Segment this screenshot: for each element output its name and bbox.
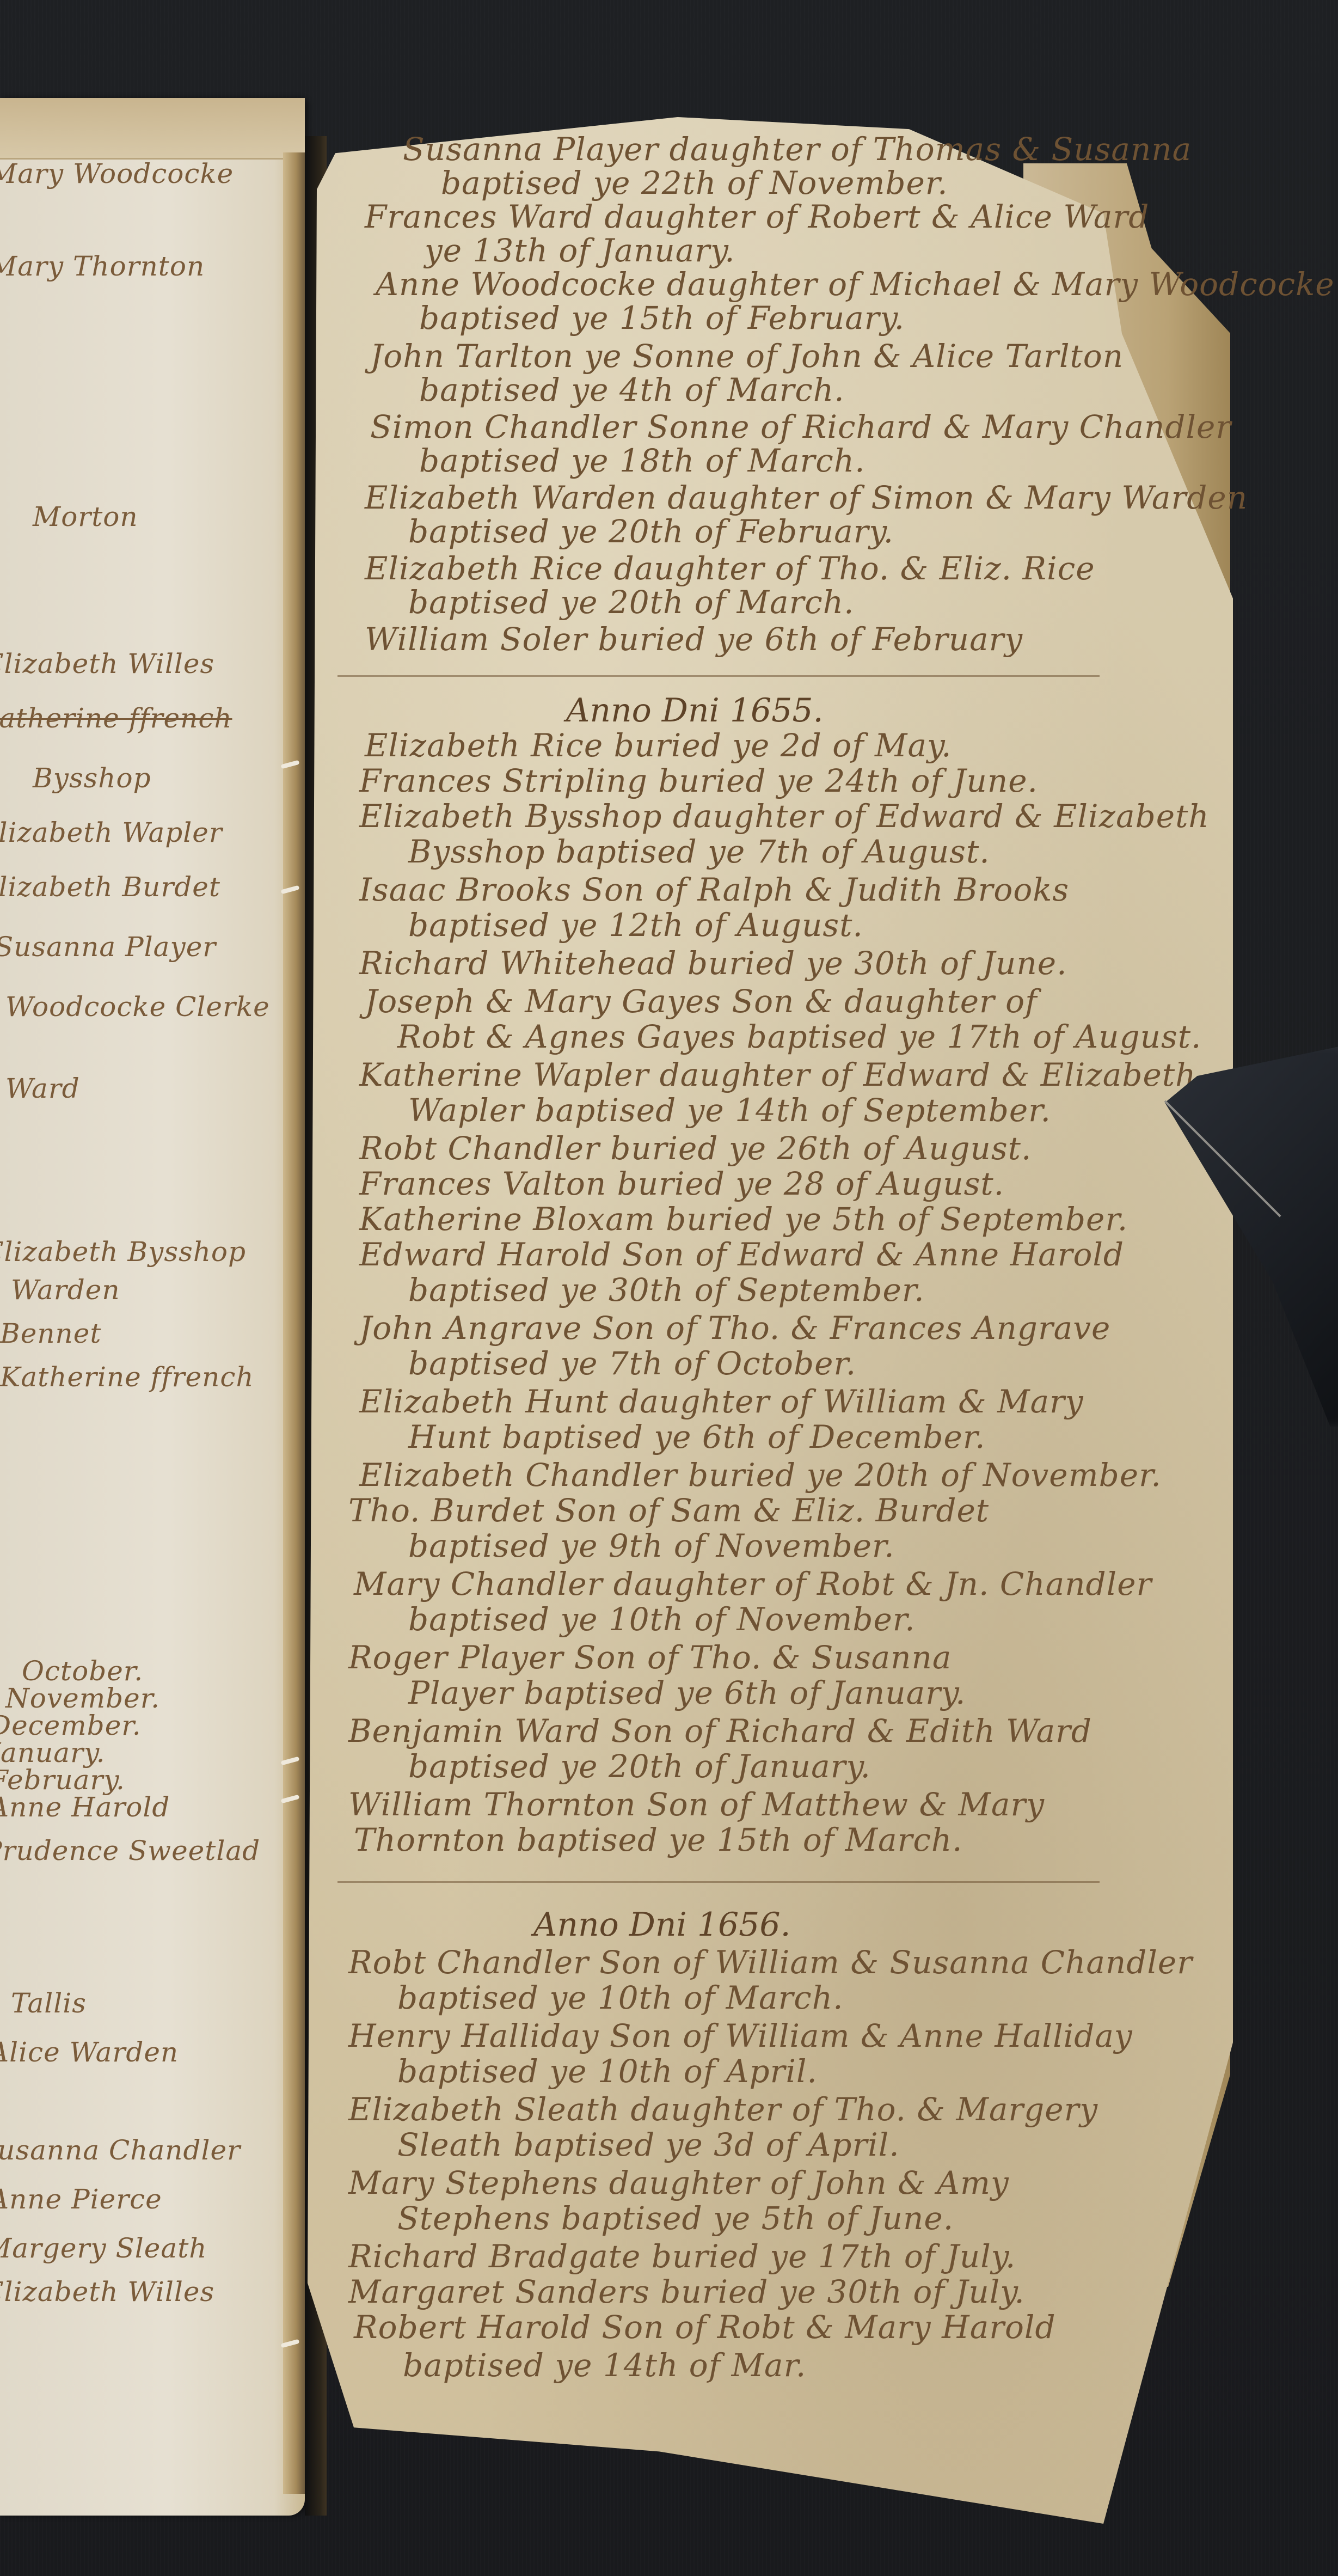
entry-line: Richard Whitehead buried ye 30th of June… bbox=[359, 945, 1067, 982]
entry-line: Benjamin Ward Son of Richard & Edith War… bbox=[348, 1712, 1092, 1749]
left-entry: Bennet bbox=[0, 1318, 101, 1349]
entry-line: Bysshop baptised ye 7th of August. bbox=[370, 833, 990, 870]
entry-line: baptised ye 14th of Mar. bbox=[365, 2347, 806, 2384]
entry-line: Stephens baptised ye 5th of June. bbox=[359, 2200, 954, 2237]
left-entry: Elizabeth Willes bbox=[0, 648, 214, 680]
entry-line: baptised ye 20th of February. bbox=[370, 513, 894, 550]
entry-line: baptised ye 20th of January. bbox=[370, 1748, 871, 1785]
entry-line: Hunt baptised ye 6th of December. bbox=[370, 1418, 986, 1455]
left-entry: Woodcocke Clerke bbox=[5, 991, 270, 1023]
left-entry: Prudence Sweetlad bbox=[0, 1835, 260, 1867]
section-divider bbox=[337, 1881, 1100, 1883]
entry-line: Anne Woodcocke daughter of Michael & Mar… bbox=[376, 266, 1335, 303]
entry-line: Elizabeth Rice daughter of Tho. & Eliz. … bbox=[365, 550, 1095, 587]
entry-line: Robt Chandler buried ye 26th of August. bbox=[359, 1130, 1032, 1167]
entry-line: Margaret Sanders buried ye 30th of July. bbox=[348, 2273, 1025, 2310]
entry-line: Katherine Bloxam buried ye 5th of Septem… bbox=[359, 1201, 1128, 1238]
entry-line: baptised ye 12th of August. bbox=[370, 907, 863, 944]
left-entry: Elizabeth Bysshop bbox=[0, 1236, 246, 1268]
left-entry: Alice Warden bbox=[0, 2036, 179, 2068]
entry-line: baptised ye 15th of February. bbox=[381, 299, 905, 336]
left-entry: Susanna Chandler bbox=[0, 2134, 241, 2166]
entry-line: Robert Harold Son of Robt & Mary Harold bbox=[354, 2309, 1056, 2346]
entry-line: baptised ye 9th of November. bbox=[370, 1527, 895, 1564]
entry-line: baptised ye 10th of April. bbox=[359, 2053, 818, 2090]
entry-line: Elizabeth Warden daughter of Simon & Mar… bbox=[365, 479, 1248, 516]
left-entry: Anne Harold bbox=[0, 1791, 170, 1823]
entry-line: Elizabeth Rice buried ye 2d of May. bbox=[365, 727, 952, 764]
entry-line: Roger Player Son of Tho. & Susanna bbox=[348, 1639, 952, 1676]
year-heading-1655: Anno Dni 1655. bbox=[566, 692, 824, 730]
entry-line: baptised ye 20th of March. bbox=[370, 584, 855, 621]
entry-line: Elizabeth Hunt daughter of William & Mar… bbox=[359, 1383, 1084, 1420]
entry-line: Frances Ward daughter of Robert & Alice … bbox=[365, 198, 1149, 235]
entry-line: John Angrave Son of Tho. & Frances Angra… bbox=[359, 1310, 1110, 1347]
entry-line: Robt Chandler Son of William & Susanna C… bbox=[348, 1944, 1193, 1981]
entry-line: Mary Chandler daughter of Robt & Jn. Cha… bbox=[354, 1565, 1152, 1602]
entry-line: Katherine Wapler daughter of Edward & El… bbox=[359, 1056, 1196, 1093]
entry-line: Frances Stripling buried ye 24th of June… bbox=[359, 762, 1038, 799]
left-entry: Bysshop bbox=[33, 762, 151, 794]
entry-line: ye 13th of January. bbox=[386, 232, 735, 269]
entry-line: baptised ye 10th of March. bbox=[359, 1979, 844, 2016]
entry-line: John Tarlton ye Sonne of John & Alice Ta… bbox=[370, 338, 1124, 375]
left-page: Mary Woodcocke Mary Thornton Morton Eliz… bbox=[0, 98, 305, 2516]
entry-line: Richard Bradgate buried ye 17th of July. bbox=[348, 2238, 1016, 2275]
entry-line: Tho. Burdet Son of Sam & Eliz. Burdet bbox=[348, 1492, 989, 1529]
entry-line: Edward Harold Son of Edward & Anne Harol… bbox=[359, 1236, 1124, 1273]
left-entry: Elizabeth Wapler bbox=[0, 817, 223, 848]
entry-line: baptised ye 7th of October. bbox=[370, 1345, 856, 1382]
entry-line: Frances Valton buried ye 28 of August. bbox=[359, 1165, 1004, 1202]
left-entry: Anne Pierce bbox=[0, 2183, 162, 2215]
left-entry: Elizabeth Burdet bbox=[0, 871, 220, 903]
entry-line: Isaac Brooks Son of Ralph & Judith Brook… bbox=[359, 871, 1069, 908]
entry-line: baptised ye 18th of March. bbox=[381, 442, 866, 479]
left-entry: Warden bbox=[11, 1274, 120, 1306]
entry-line: William Thornton Son of Matthew & Mary bbox=[348, 1786, 1045, 1823]
entry-line: Elizabeth Sleath daughter of Tho. & Marg… bbox=[348, 2091, 1098, 2128]
entry-line: baptised ye 10th of November. bbox=[370, 1601, 916, 1638]
entry-line: Wapler baptised ye 14th of September. bbox=[370, 1092, 1051, 1129]
entry-line: Joseph & Mary Gayes Son & daughter of bbox=[365, 983, 1038, 1020]
left-entry: Katherine ffrench bbox=[0, 1361, 254, 1393]
entry-line: baptised ye 22th of November. bbox=[403, 164, 948, 201]
entry-line: baptised ye 30th of September. bbox=[370, 1271, 925, 1308]
entry-line: Elizabeth Bysshop daughter of Edward & E… bbox=[359, 798, 1210, 835]
left-page-gutter bbox=[283, 152, 305, 2494]
left-entry: Mary Woodcocke bbox=[0, 158, 234, 189]
left-entry: Morton bbox=[33, 501, 138, 533]
left-entry: Margery Sleath bbox=[0, 2232, 207, 2264]
left-entry: Tallis bbox=[11, 1987, 87, 2019]
left-entry: Elizabeth Willes bbox=[0, 2276, 214, 2308]
entry-line: Player baptised ye 6th of January. bbox=[370, 1674, 966, 1711]
section-divider bbox=[337, 675, 1100, 677]
left-page-folded-top bbox=[0, 98, 305, 160]
entry-line: Sleath baptised ye 3d of April. bbox=[359, 2126, 900, 2163]
entry-line: Mary Stephens daughter of John & Amy bbox=[348, 2164, 1009, 2201]
entry-line: Simon Chandler Sonne of Richard & Mary C… bbox=[370, 408, 1231, 445]
entry-line: Robt & Agnes Gayes baptised ye 17th of A… bbox=[359, 1018, 1201, 1055]
left-entry-struck: Katherine ffrench bbox=[0, 702, 232, 734]
year-heading-1656: Anno Dni 1656. bbox=[533, 1906, 791, 1944]
entry-line: Henry Halliday Son of William & Anne Hal… bbox=[348, 2017, 1133, 2054]
left-entry: Susanna Player bbox=[0, 931, 216, 963]
entry-line: Thornton baptised ye 15th of March. bbox=[354, 1821, 963, 1858]
entry-line: baptised ye 4th of March. bbox=[381, 371, 845, 408]
entry-line: William Soler buried ye 6th of February bbox=[365, 621, 1023, 658]
left-entry: Mary Thornton bbox=[0, 250, 205, 282]
left-entry: Ward bbox=[5, 1073, 80, 1104]
entry-line: Elizabeth Chandler buried ye 20th of Nov… bbox=[359, 1457, 1162, 1494]
entry-line: Susanna Player daughter of Thomas & Susa… bbox=[403, 131, 1192, 168]
